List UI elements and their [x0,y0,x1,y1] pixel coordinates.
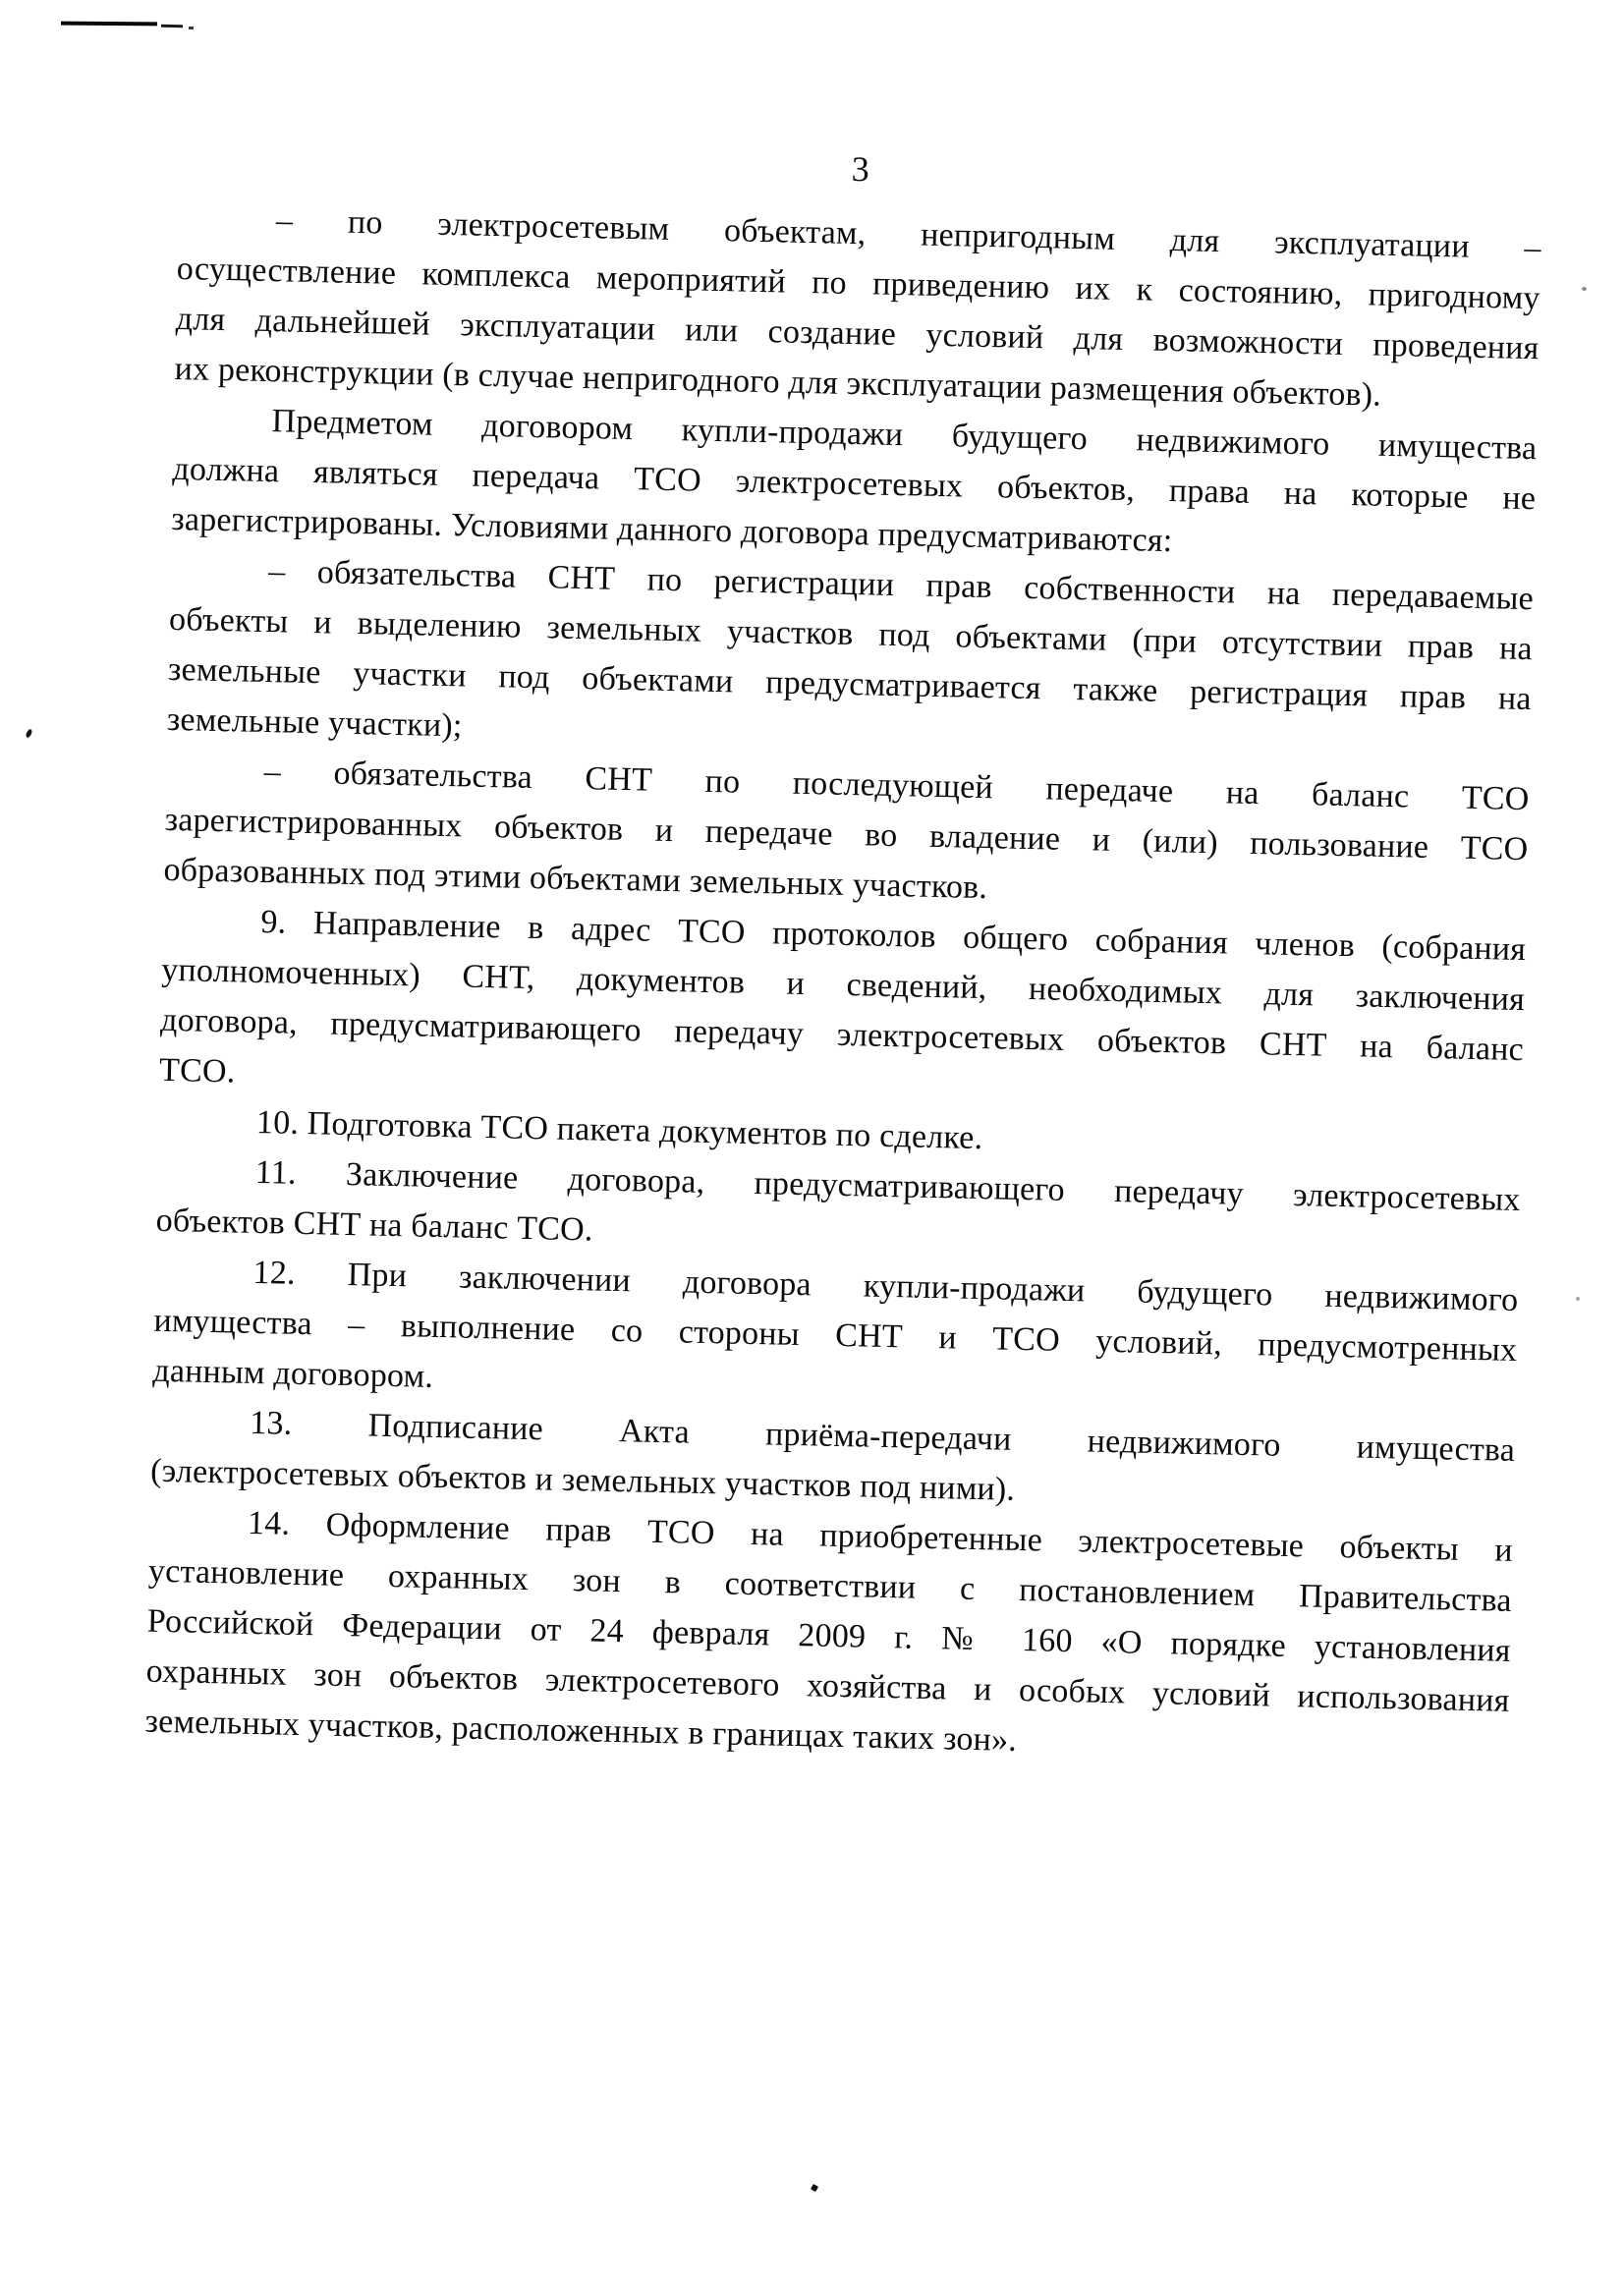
document-text-block: 3 – по электросетевым объектам, непригод… [144,130,1543,1776]
scanned-document-page: 3 – по электросетевым объектам, непригод… [0,0,1624,2293]
scan-artifact-streak-dot [189,27,194,29]
paragraph: – по электросетевым объектам, непригодны… [174,194,1541,423]
paragraph: Предметом договором купли-продажи будуще… [171,394,1538,574]
document-body: – по электросетевым объектам, непригодны… [144,194,1541,1776]
paragraph: 9. Направление в адрес ТСО протоколов об… [159,895,1527,1125]
scan-artifact-speck [1582,287,1587,291]
scan-artifact-speck [811,2184,818,2192]
paragraph: 12. При заключении договора купли-продаж… [152,1246,1519,1426]
paragraph: – обязательства СНТ по последующей перед… [163,745,1530,924]
scan-artifact-speck [1576,1297,1580,1301]
scan-artifact-streak-dash [161,25,183,28]
scan-artifact-streak [61,22,157,27]
paragraph: 14. Оформление прав ТСО на приобретенные… [144,1496,1513,1776]
paragraph: – обязательства СНТ по регистрации прав … [166,544,1534,774]
scan-artifact-speck [26,728,33,738]
